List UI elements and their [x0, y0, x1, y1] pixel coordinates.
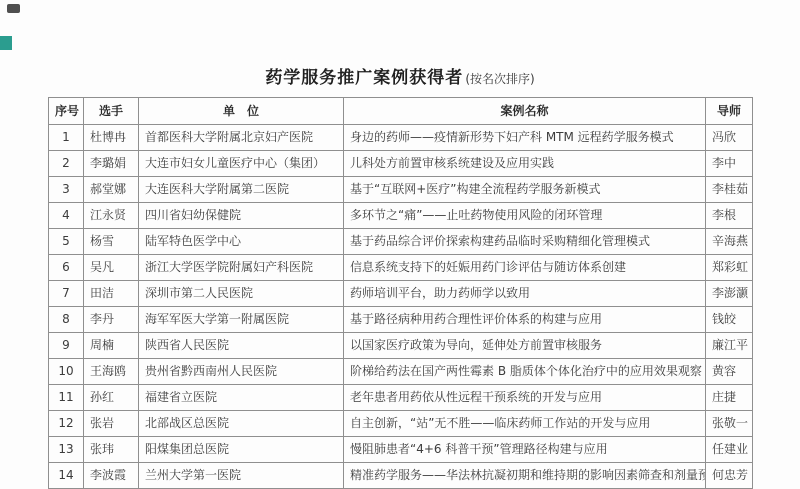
cell-mentor: 任建业 [706, 437, 753, 463]
table-row: 8 李丹 海军军医大学第一附属医院 基于路径病种用药合理性评价体系的构建与应用 … [49, 307, 753, 333]
cell-organization: 福建省立医院 [139, 385, 344, 411]
table-body: 1 杜博冉 首都医科大学附属北京妇产医院 身边的药师——疫情新形势下妇产科 MT… [49, 125, 753, 489]
scan-artifact-teal-square [0, 36, 12, 50]
cell-contestant: 王海鸥 [84, 359, 139, 385]
table-row: 12 张岩 北部战区总医院 自主创新，“站”无不胜——临床药师工作站的开发与应用… [49, 411, 753, 437]
cell-mentor: 庄捷 [706, 385, 753, 411]
table-row: 13 张玮 阳煤集团总医院 慢阻肺患者“4+6 科普干预”管理路径构建与应用 任… [49, 437, 753, 463]
scan-artifact-dark-mark [7, 4, 20, 13]
table-row: 9 周楠 陕西省人民医院 以国家医疗政策为导向，延伸处方前置审核服务 廉江平 [49, 333, 753, 359]
cell-rank: 6 [49, 255, 84, 281]
cell-case-title: 慢阻肺患者“4+6 科普干预”管理路径构建与应用 [344, 437, 706, 463]
cell-mentor: 张敬一 [706, 411, 753, 437]
table-row: 1 杜博冉 首都医科大学附属北京妇产医院 身边的药师——疫情新形势下妇产科 MT… [49, 125, 753, 151]
table-row: 6 吴凡 浙江大学医学院附属妇产科医院 信息系统支持下的妊娠用药门诊评估与随访体… [49, 255, 753, 281]
cell-mentor: 李桂茹 [706, 177, 753, 203]
page-subtitle: (按名次排序) [465, 72, 534, 86]
table-row: 2 李璐娟 大连市妇女儿童医疗中心（集团） 儿科处方前置审核系统建设及应用实践 … [49, 151, 753, 177]
cell-organization: 兰州大学第一医院 [139, 463, 344, 489]
cell-rank: 2 [49, 151, 84, 177]
cell-case-title: 多环节之“痛”——止吐药物使用风险的闭环管理 [344, 203, 706, 229]
cell-contestant: 江永贤 [84, 203, 139, 229]
cell-rank: 3 [49, 177, 84, 203]
cell-organization: 陆军特色医学中心 [139, 229, 344, 255]
col-header-contestant: 选手 [84, 98, 139, 125]
cell-contestant: 张岩 [84, 411, 139, 437]
table-row: 4 江永贤 四川省妇幼保健院 多环节之“痛”——止吐药物使用风险的闭环管理 李根 [49, 203, 753, 229]
cell-organization: 深圳市第二人民医院 [139, 281, 344, 307]
cell-contestant: 郝堂娜 [84, 177, 139, 203]
cell-organization: 贵州省黔西南州人民医院 [139, 359, 344, 385]
cell-rank: 11 [49, 385, 84, 411]
scanned-document-page: 药学服务推广案例获得者(按名次排序) 序号 选手 单 位 案例名称 导师 1 杜… [0, 0, 800, 489]
page-title: 药学服务推广案例获得者 [265, 68, 463, 88]
cell-case-title: 老年患者用药依从性远程干预系统的开发与应用 [344, 385, 706, 411]
cell-organization: 浙江大学医学院附属妇产科医院 [139, 255, 344, 281]
cell-mentor: 郑彩虹 [706, 255, 753, 281]
table-row: 5 杨雪 陆军特色医学中心 基于药品综合评价探索构建药品临时采购精细化管理模式 … [49, 229, 753, 255]
col-header-case-title: 案例名称 [344, 98, 706, 125]
cell-mentor: 钱皎 [706, 307, 753, 333]
cell-case-title: 基于“互联网+医疗”构建全流程药学服务新模式 [344, 177, 706, 203]
table-row: 7 田洁 深圳市第二人民医院 药师培训平台，助力药师学以致用 李澎灏 [49, 281, 753, 307]
cell-mentor: 李根 [706, 203, 753, 229]
col-header-mentor: 导师 [706, 98, 753, 125]
cell-contestant: 吴凡 [84, 255, 139, 281]
cell-contestant: 张玮 [84, 437, 139, 463]
table-header-row: 序号 选手 单 位 案例名称 导师 [49, 98, 753, 125]
cell-contestant: 杜博冉 [84, 125, 139, 151]
cell-case-title: 自主创新，“站”无不胜——临床药师工作站的开发与应用 [344, 411, 706, 437]
cell-mentor: 廉江平 [706, 333, 753, 359]
cell-contestant: 杨雪 [84, 229, 139, 255]
table-row: 11 孙红 福建省立医院 老年患者用药依从性远程干预系统的开发与应用 庄捷 [49, 385, 753, 411]
cell-rank: 14 [49, 463, 84, 489]
cell-contestant: 李丹 [84, 307, 139, 333]
cell-contestant: 孙红 [84, 385, 139, 411]
winners-table: 序号 选手 单 位 案例名称 导师 1 杜博冉 首都医科大学附属北京妇产医院 身… [48, 97, 753, 489]
cell-mentor: 黄容 [706, 359, 753, 385]
cell-contestant: 李璐娟 [84, 151, 139, 177]
cell-mentor: 李中 [706, 151, 753, 177]
table-row: 10 王海鸥 贵州省黔西南州人民医院 阶梯给药法在国产两性霉素 B 脂质体个体化… [49, 359, 753, 385]
cell-organization: 大连医科大学附属第二医院 [139, 177, 344, 203]
cell-case-title: 基于药品综合评价探索构建药品临时采购精细化管理模式 [344, 229, 706, 255]
col-header-organization: 单 位 [139, 98, 344, 125]
cell-case-title: 以国家医疗政策为导向，延伸处方前置审核服务 [344, 333, 706, 359]
cell-organization: 大连市妇女儿童医疗中心（集团） [139, 151, 344, 177]
cell-organization: 首都医科大学附属北京妇产医院 [139, 125, 344, 151]
cell-case-title: 信息系统支持下的妊娠用药门诊评估与随访体系创建 [344, 255, 706, 281]
cell-case-title: 药师培训平台，助力药师学以致用 [344, 281, 706, 307]
table-row: 14 李波霞 兰州大学第一医院 精准药学服务——华法林抗凝初期和维持期的影响因素… [49, 463, 753, 489]
cell-mentor: 辛海燕 [706, 229, 753, 255]
cell-organization: 阳煤集团总医院 [139, 437, 344, 463]
cell-organization: 陕西省人民医院 [139, 333, 344, 359]
cell-contestant: 周楠 [84, 333, 139, 359]
cell-organization: 四川省妇幼保健院 [139, 203, 344, 229]
cell-rank: 10 [49, 359, 84, 385]
cell-case-title: 儿科处方前置审核系统建设及应用实践 [344, 151, 706, 177]
cell-mentor: 何忠芳 [706, 463, 753, 489]
cell-rank: 8 [49, 307, 84, 333]
cell-rank: 13 [49, 437, 84, 463]
cell-rank: 1 [49, 125, 84, 151]
cell-case-title: 身边的药师——疫情新形势下妇产科 MTM 远程药学服务模式 [344, 125, 706, 151]
cell-organization: 海军军医大学第一附属医院 [139, 307, 344, 333]
cell-rank: 7 [49, 281, 84, 307]
document-title-block: 药学服务推广案例获得者(按名次排序) [0, 63, 800, 88]
table-row: 3 郝堂娜 大连医科大学附属第二医院 基于“互联网+医疗”构建全流程药学服务新模… [49, 177, 753, 203]
cell-rank: 4 [49, 203, 84, 229]
cell-case-title: 精准药学服务——华法林抗凝初期和维持期的影响因素筛查和剂量预测 [344, 463, 706, 489]
cell-case-title: 基于路径病种用药合理性评价体系的构建与应用 [344, 307, 706, 333]
cell-contestant: 李波霞 [84, 463, 139, 489]
cell-mentor: 李澎灏 [706, 281, 753, 307]
cell-contestant: 田洁 [84, 281, 139, 307]
cell-mentor: 冯欣 [706, 125, 753, 151]
col-header-rank: 序号 [49, 98, 84, 125]
cell-rank: 5 [49, 229, 84, 255]
cell-organization: 北部战区总医院 [139, 411, 344, 437]
cell-case-title: 阶梯给药法在国产两性霉素 B 脂质体个体化治疗中的应用效果观察 [344, 359, 706, 385]
cell-rank: 9 [49, 333, 84, 359]
cell-rank: 12 [49, 411, 84, 437]
